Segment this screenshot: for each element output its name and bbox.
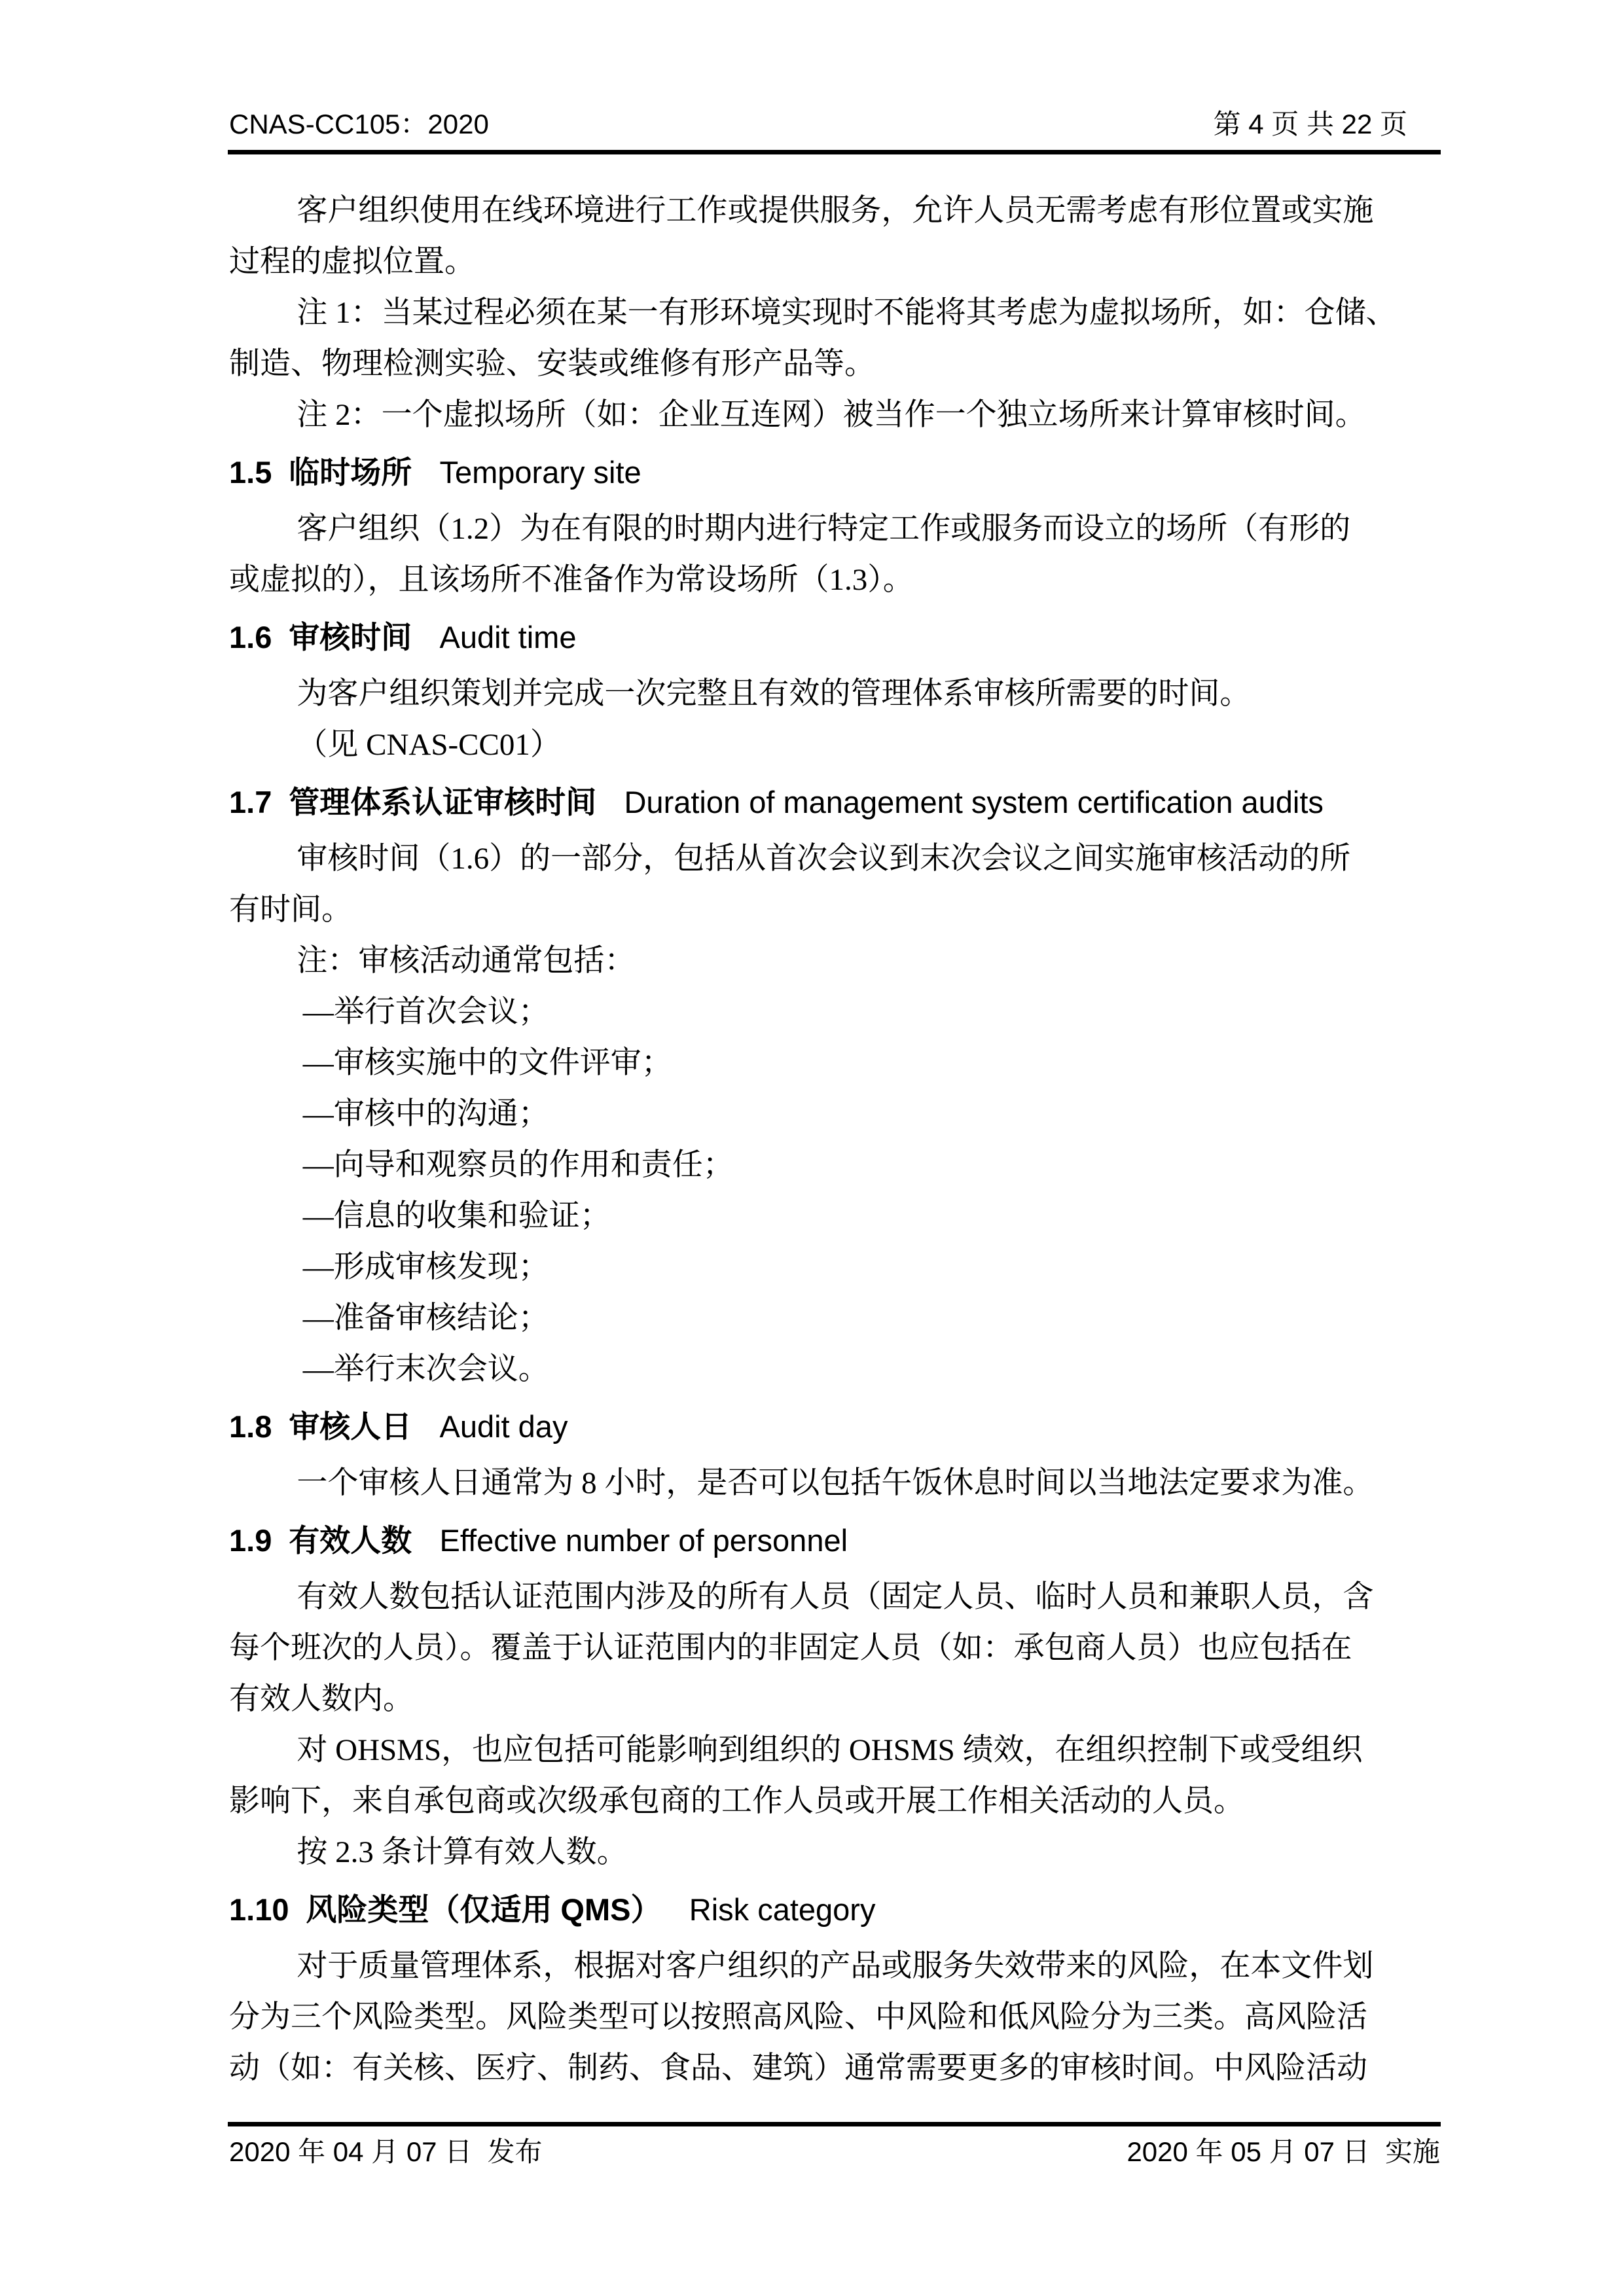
body-line: 按 2.3 条计算有效人数。 xyxy=(229,1827,1441,1878)
section-heading-1.8: 1.8审核人日Audit day xyxy=(229,1401,1441,1452)
heading-num: 1.6 xyxy=(229,620,272,655)
section-heading-1.7: 1.7管理体系认证审核时间Duration of management syst… xyxy=(229,777,1441,828)
heading-zh: 审核时间 xyxy=(289,620,412,655)
page-footer: 2020 年 04 月 07 日 发布 2020 年 05 月 07 日 实施 xyxy=(229,2132,1440,2172)
body-line: 有时间。 xyxy=(229,884,1441,935)
heading-en: Audit time xyxy=(439,620,576,655)
body-line: 对 OHSMS，也应包括可能影响到组织的 OHSMS 绩效，在组织控制下或受组织 xyxy=(229,1725,1441,1776)
body-line: 一个审核人日通常为 8 小时，是否可以包括午饭休息时间以当地法定要求为准。 xyxy=(229,1458,1441,1509)
body-line: （见 CNAS-CC01） xyxy=(229,719,1441,770)
heading-zh: 有效人数 xyxy=(289,1523,412,1558)
section-heading-1.9: 1.9有效人数Effective number of personnel xyxy=(229,1515,1441,1566)
document-body: 客户组织使用在线环境进行工作或提供服务，允许人员无需考虑有形位置或实施过程的虚拟… xyxy=(229,185,1441,2094)
heading-zh: 风险类型（仅适用 QMS） xyxy=(306,1892,661,1927)
body-line: 分为三个风险类型。风险类型可以按照高风险、中风险和低风险分为三类。高风险活 xyxy=(229,1992,1441,2043)
heading-en: Duration of management system certificat… xyxy=(624,785,1323,819)
body-line: 动（如：有关核、医疗、制药、食品、建筑）通常需要更多的审核时间。中风险活动 xyxy=(229,2043,1441,2094)
body-line: 每个班次的人员）。覆盖于认证范围内的非固定人员（如：承包商人员）也应包括在 xyxy=(229,1623,1441,1674)
body-line: 过程的虚拟位置。 xyxy=(229,236,1441,287)
heading-num: 1.5 xyxy=(229,455,272,490)
list-item: —审核实施中的文件评审； xyxy=(229,1037,1441,1088)
list-item: —举行末次会议。 xyxy=(229,1344,1441,1395)
heading-en: Effective number of personnel xyxy=(439,1523,848,1558)
header-rule xyxy=(228,150,1441,154)
heading-en: Risk category xyxy=(689,1892,876,1927)
list-item: —审核中的沟通； xyxy=(229,1088,1441,1139)
body-line: 客户组织使用在线环境进行工作或提供服务，允许人员无需考虑有形位置或实施 xyxy=(229,185,1441,236)
header-doc-code: CNAS-CC105：2020 xyxy=(229,105,489,144)
note-line: 注 2：一个虚拟场所（如：企业互连网）被当作一个独立场所来计算审核时间。 xyxy=(229,389,1441,440)
body-line: 审核时间（1.6）的一部分，包括从首次会议到末次会议之间实施审核活动的所 xyxy=(229,833,1441,884)
header-page-indicator: 第 4 页 共 22 页 xyxy=(1214,105,1440,144)
section-heading-1.10: 1.10风险类型（仅适用 QMS）Risk category xyxy=(229,1884,1441,1935)
heading-zh: 审核人日 xyxy=(289,1409,412,1444)
footer-effective-date: 2020 年 05 月 07 日 实施 xyxy=(1127,2132,1440,2172)
section-heading-1.6: 1.6审核时间Audit time xyxy=(229,612,1441,663)
list-item: —举行首次会议； xyxy=(229,986,1441,1037)
note-line: 注：审核活动通常包括： xyxy=(229,935,1441,986)
page-header: CNAS-CC105：2020 第 4 页 共 22 页 xyxy=(229,105,1440,144)
list-item: —形成审核发现； xyxy=(229,1242,1441,1293)
document-page: CNAS-CC105：2020 第 4 页 共 22 页 客户组织使用在线环境进… xyxy=(0,0,1624,2296)
heading-num: 1.10 xyxy=(229,1892,289,1927)
footer-issue-date: 2020 年 04 月 07 日 发布 xyxy=(229,2132,543,2172)
body-line: 客户组织（1.2）为在有限的时期内进行特定工作或服务而设立的场所（有形的 xyxy=(229,503,1441,554)
heading-num: 1.8 xyxy=(229,1409,272,1444)
list-item: —信息的收集和验证； xyxy=(229,1191,1441,1242)
heading-en: Audit day xyxy=(439,1409,568,1444)
note-line: 注 1：当某过程必须在某一有形环境实现时不能将其考虑为虚拟场所，如：仓储、 xyxy=(229,287,1441,338)
heading-en: Temporary site xyxy=(439,455,641,490)
heading-num: 1.7 xyxy=(229,785,272,819)
heading-zh: 临时场所 xyxy=(289,455,412,490)
body-line: 有效人数内。 xyxy=(229,1674,1441,1725)
list-item: —向导和观察员的作用和责任； xyxy=(229,1139,1441,1191)
body-line: 影响下，来自承包商或次级承包商的工作人员或开展工作相关活动的人员。 xyxy=(229,1776,1441,1827)
footer-rule xyxy=(228,2122,1441,2126)
list-item: —准备审核结论； xyxy=(229,1293,1441,1344)
body-line: 有效人数包括认证范围内涉及的所有人员（固定人员、临时人员和兼职人员，含 xyxy=(229,1571,1441,1623)
body-line: 或虚拟的），且该场所不准备作为常设场所（1.3）。 xyxy=(229,554,1441,605)
section-heading-1.5: 1.5临时场所Temporary site xyxy=(229,447,1441,498)
heading-zh: 管理体系认证审核时间 xyxy=(289,785,596,819)
heading-num: 1.9 xyxy=(229,1523,272,1558)
note-line: 制造、物理检测实验、安装或维修有形产品等。 xyxy=(229,338,1441,389)
body-line: 对于质量管理体系，根据对客户组织的产品或服务失效带来的风险，在本文件划 xyxy=(229,1941,1441,1992)
body-line: 为客户组织策划并完成一次完整且有效的管理体系审核所需要的时间。 xyxy=(229,668,1441,719)
